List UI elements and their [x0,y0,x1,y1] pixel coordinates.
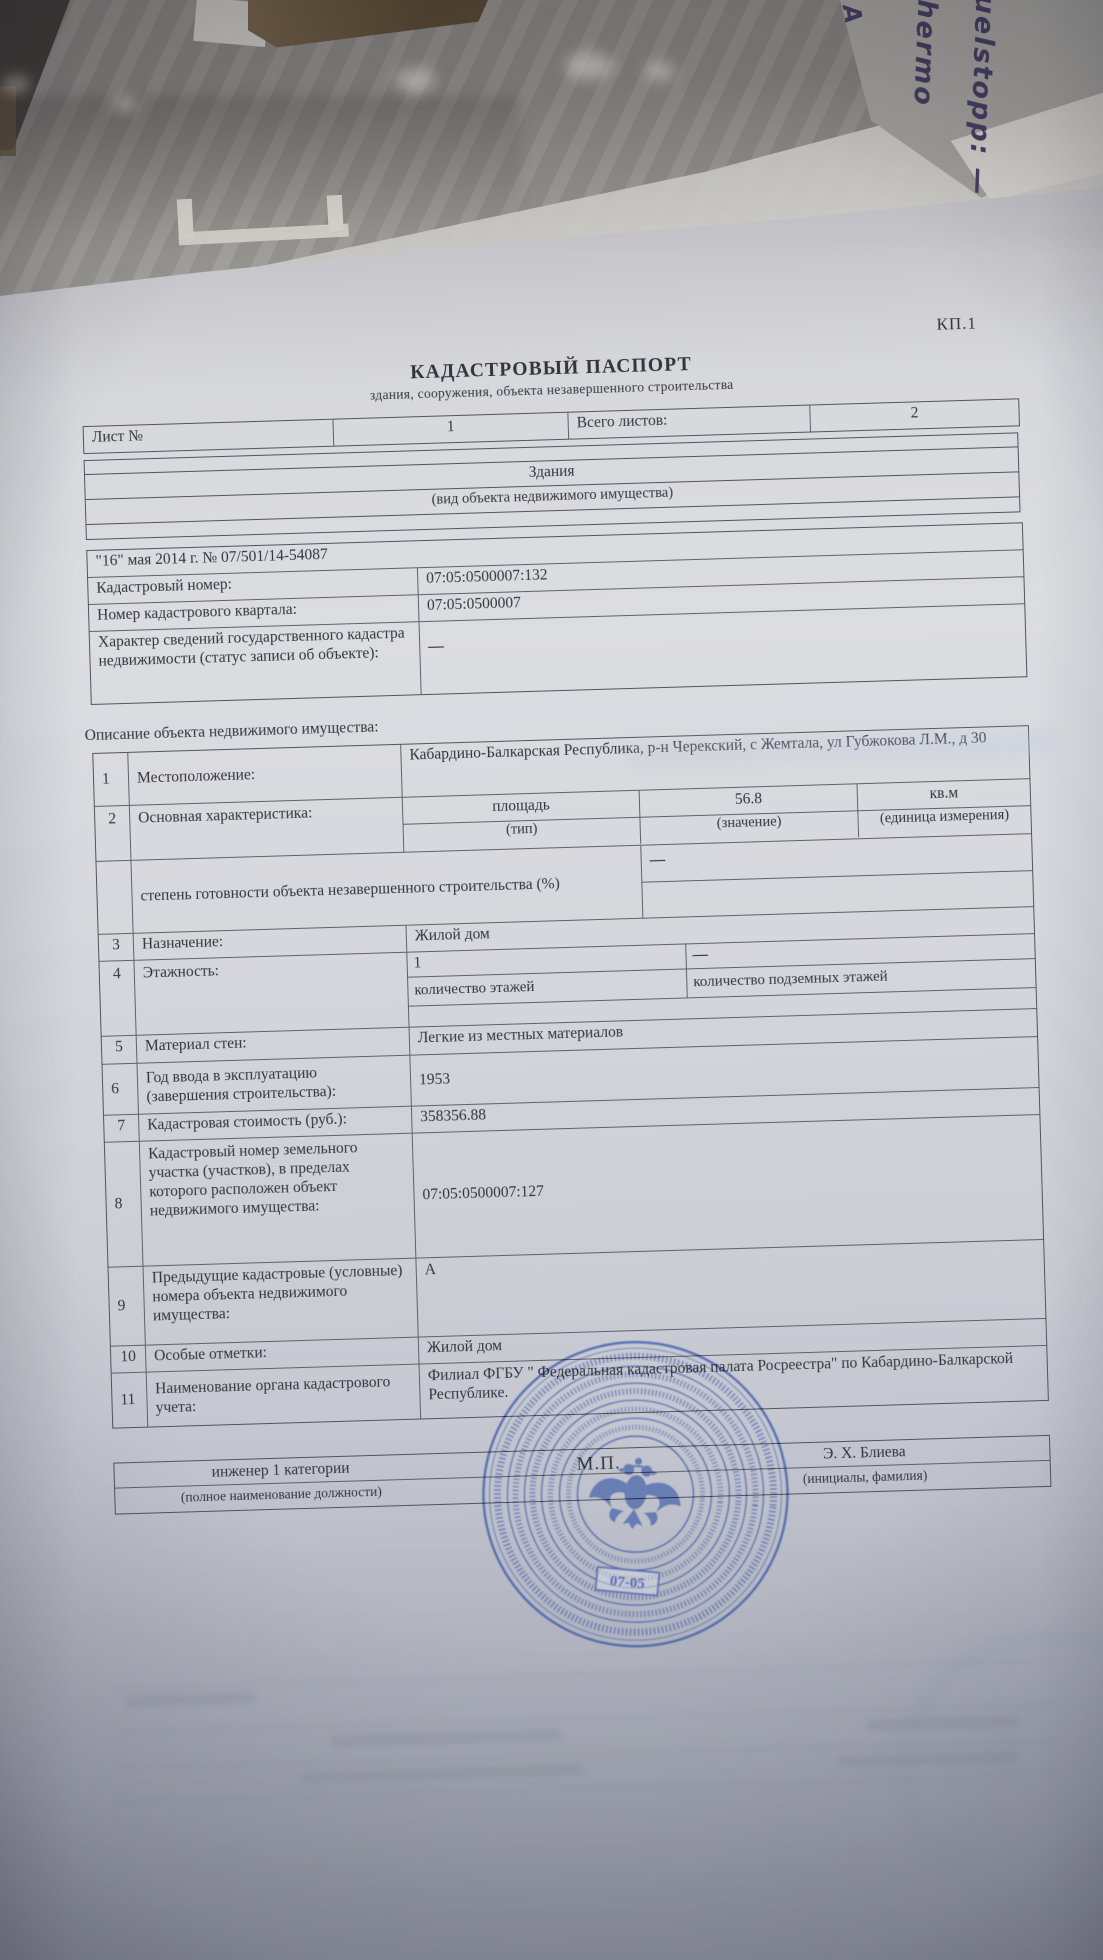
row-number: 1 [93,753,130,806]
row-number: 4 [99,961,136,1036]
white-clip [177,191,349,252]
stamp-code-box: 07-05 [595,1567,659,1596]
total-sheets-value: 2 [810,399,1019,431]
official-round-stamp: 07-05 [453,1311,819,1677]
gloss-highlight [395,68,435,92]
gloss-highlight [645,62,675,81]
row-number: 11 [112,1373,149,1428]
row-number: 6 [103,1064,139,1115]
gloss-highlight [2,76,30,93]
value-caption: (значение) [640,811,859,843]
row-label: Основная характеристика: [130,798,404,860]
ghost-text [332,1728,562,1747]
sheet-value: 1 [333,413,569,446]
row-number: 5 [102,1036,138,1064]
row-label: Предыдущие кадастровые (условные) номера… [144,1259,419,1345]
gloss-highlight [112,96,138,111]
gloss-highlight [565,52,613,80]
registration-table: "16" мая 2014 г. № 07/501/14-54087 Кадас… [86,522,1027,705]
clip-tab [177,199,194,240]
row-number: 10 [111,1346,147,1373]
handwriting-note: fuelstopp: — Thermo [891,0,1014,198]
row-number: 2 [95,806,132,861]
stamp-code: 07-05 [609,1573,645,1592]
row-label: Кадастровый номер земельного участка (уч… [140,1134,417,1266]
readiness-label: степень готовности объекта незавершенног… [131,846,643,933]
total-sheets-label: Всего листов: [568,406,811,439]
row-label: Характер сведений государственного кадас… [90,622,422,704]
clip-tab [327,195,344,232]
readiness-cell: — [641,834,1033,918]
row-number: 3 [99,934,135,961]
handwriting-line: fuelstopp: — [948,0,1014,198]
unit-caption: (единица измерения) [858,806,1031,837]
unit-value: кв.м [858,779,1031,810]
photo-of-document: A fuelstopp: — Thermo КП.1 КАДАСТРОВЫЙ П… [0,0,1103,1960]
row-number: 7 [104,1115,140,1142]
row-number-empty [96,861,133,934]
clip-bar [178,224,348,246]
ghost-text [125,1692,255,1708]
ghost-line [115,1660,1055,1690]
row-label: Местоположение: [128,745,402,805]
row-number: 8 [105,1142,144,1267]
ghost-text [303,1764,583,1783]
sheet-label: Лист № [84,420,335,453]
row-label: Наименование органа кадастрового учета: [147,1365,421,1427]
row-value: 07:05:0500007:127 [413,1115,1043,1258]
ghost-stamp [894,1626,1103,1913]
row-label: Этажность: [134,953,409,1035]
row-number: 9 [109,1267,146,1346]
handwriting-line: Thermo [891,0,957,196]
row-label: Год ввода в эксплуатацию (завершения стр… [137,1056,411,1114]
double-headed-eagle [586,1454,684,1534]
cadastral-passport: КП.1 КАДАСТРОВЫЙ ПАСПОРТ здания, сооруже… [55,312,1092,1941]
